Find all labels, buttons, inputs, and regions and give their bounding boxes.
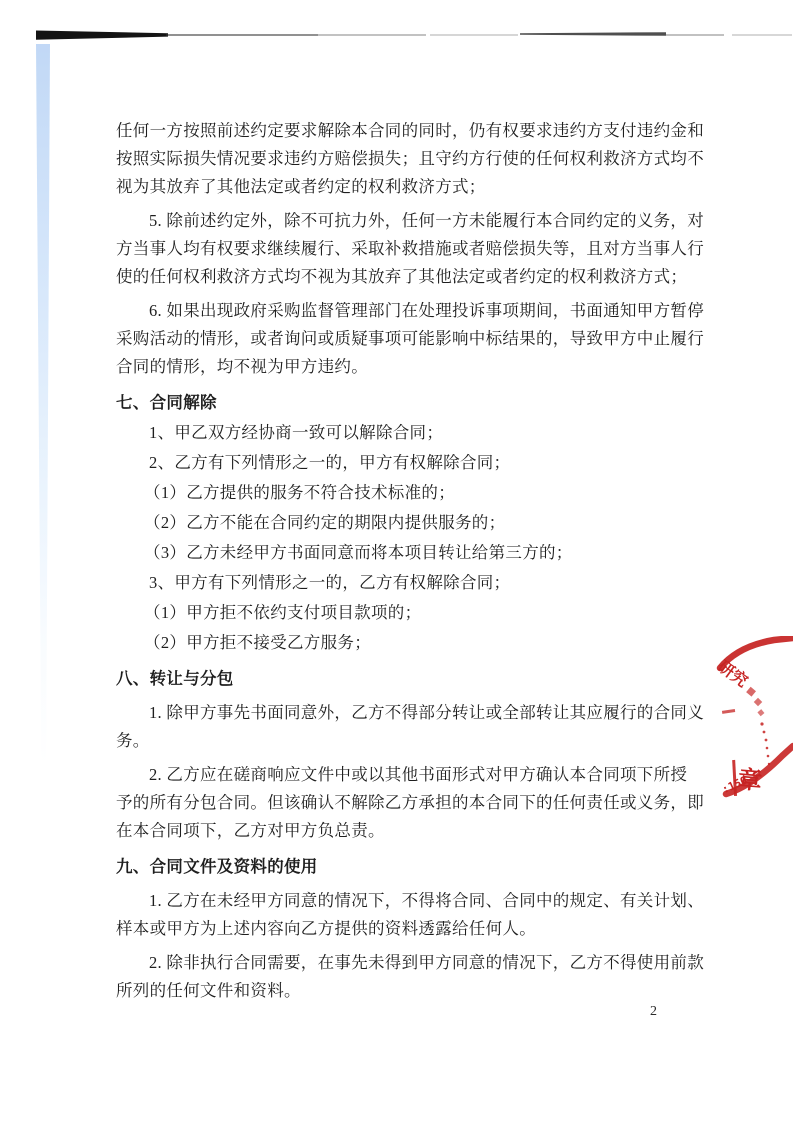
seal-text-fragment: 研究 (716, 657, 752, 691)
section-heading: 八、转让与分包 (116, 665, 686, 693)
text-line: 2. 除非执行合同需要，在事先未得到甲方同意的情况下，乙方不得使用前款 (116, 949, 686, 977)
text-line: （1）乙方提供的服务不符合技术标准的； (116, 479, 686, 507)
text-line: 3、甲方有下列情形之一的，乙方有权解除合同； (116, 569, 686, 597)
text-line: 视为其放弃了其他法定或者约定的权利救济方式； (116, 173, 686, 201)
text-line: 所列的任何文件和资料。 (116, 977, 686, 1005)
text-line: （3）乙方未经甲方书面同意而将本项目转让给第三方的； (116, 539, 686, 567)
seal-ring-remnant (722, 709, 735, 714)
text-line: 1、甲乙双方经协商一致可以解除合同； (116, 419, 686, 447)
text-line: 使的任何权利救济方式均不视为其放弃了其他法定或者约定的权利救济方式； (116, 263, 686, 291)
section-heading: 七、合同解除 (116, 389, 686, 417)
text-line: 6. 如果出现政府采购监督管理部门在处理投诉事项期间，书面通知甲方暂停 (116, 297, 686, 325)
text-line: 5. 除前述约定外，除不可抗力外，任何一方未能履行本合同约定的义务，对 (116, 207, 686, 235)
text-line: 务。 (116, 727, 686, 755)
text-line: 样本或甲方为上述内容向乙方提供的资料透露给任何人。 (116, 915, 686, 943)
text-line: 按照实际损失情况要求违约方赔偿损失；且守约方行使的任何权利救济方式均不 (116, 145, 686, 173)
text-line: 予的所有分包合同。但该确认不解除乙方承担的本合同下的任何责任或义务，即 (116, 789, 686, 817)
text-line: 2、乙方有下列情形之一的，甲方有权解除合同； (116, 449, 686, 477)
scan-artifact-line (732, 34, 792, 36)
text-line: 2. 乙方应在磋商响应文件中或以其他书面形式对甲方确认本合同项下所授 (116, 761, 686, 789)
text-line: 1. 除甲方事先书面同意外，乙方不得部分转让或全部转让其应履行的合同义 (116, 699, 686, 727)
scan-artifact-line (318, 34, 426, 36)
scan-artifact-line (166, 34, 318, 36)
text-line: （1）甲方拒不依约支付项目款项的； (116, 599, 686, 627)
scan-artifact-line (430, 34, 518, 36)
text-line: 在本合同项下，乙方对甲方负总责。 (116, 817, 686, 845)
page-number: 2 (650, 1004, 657, 1020)
document-body: 任何一方按照前述约定要求解除本合同的同时，仍有权要求违约方支付违约金和按照实际损… (116, 117, 686, 1005)
text-line: 任何一方按照前述约定要求解除本合同的同时，仍有权要求违约方支付违约金和 (116, 117, 686, 145)
red-seal: 研究 章 :150 (716, 636, 793, 814)
text-line: 方当事人均有权要求继续履行、采取补救措施或者赔偿损失等，且对方当事人行 (116, 235, 686, 263)
scanned-contract-page: 任何一方按照前述约定要求解除本合同的同时，仍有权要求违约方支付违约金和按照实际损… (0, 0, 793, 1122)
scan-artifact-strip (36, 44, 50, 766)
section-heading: 九、合同文件及资料的使用 (116, 853, 686, 881)
text-line: 1. 乙方在未经甲方同意的情况下，不得将合同、合同中的规定、有关计划、 (116, 887, 686, 915)
scan-artifact-line (666, 34, 724, 36)
scan-artifact-line (520, 32, 666, 36)
seal-glyph-trail (746, 687, 770, 765)
text-line: 采购活动的情形，或者询问或质疑事项可能影响中标结果的，导致甲方中止履行 (116, 325, 686, 353)
text-line: （2）甲方拒不接受乙方服务； (116, 629, 686, 657)
text-line: 合同的情形，均不视为甲方违约。 (116, 353, 686, 381)
text-line: （2）乙方不能在合同约定的期限内提供服务的； (116, 509, 686, 537)
scan-artifact-line (36, 30, 168, 40)
